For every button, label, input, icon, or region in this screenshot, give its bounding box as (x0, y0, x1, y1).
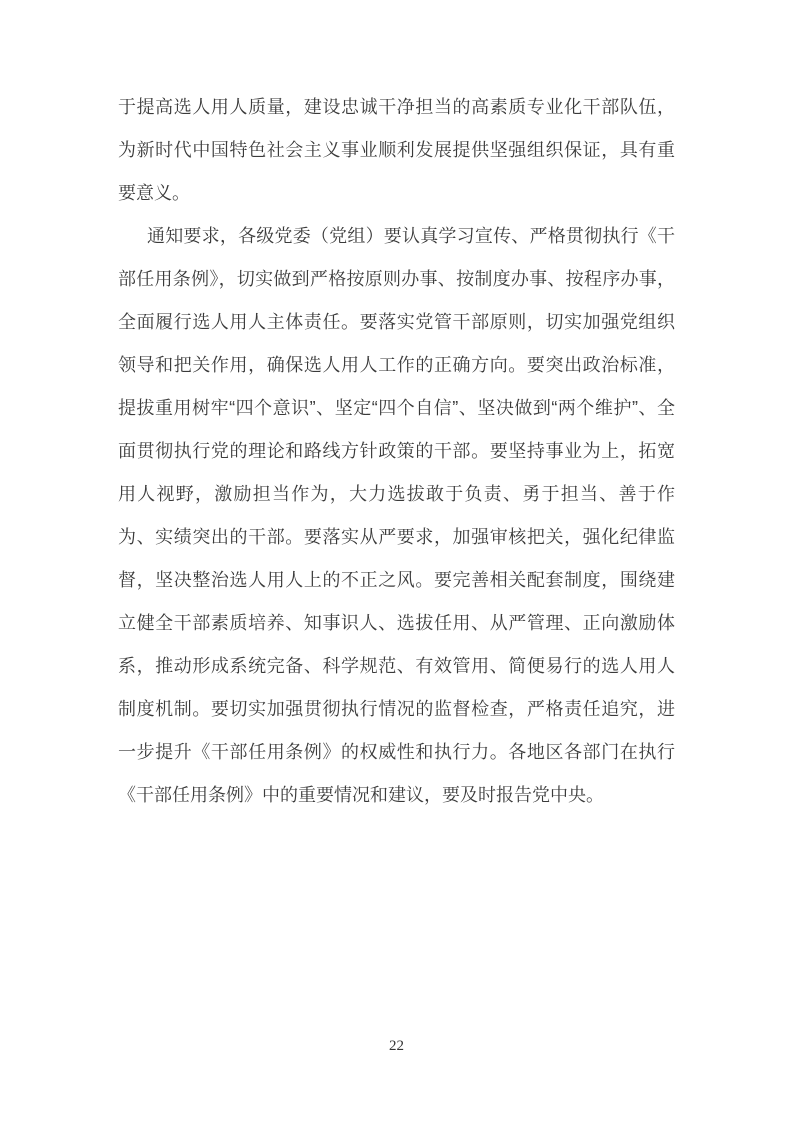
paragraph: 通知要求，各级党委（党组）要认真学习宣传、严格贯彻执行《干部任用条例》，切实做到… (118, 215, 675, 817)
document-page: 于提高选人用人质量，建设忠诚干净担当的高素质专业化干部队伍，为新时代中国特色社会… (0, 0, 793, 1122)
paragraph: 于提高选人用人质量，建设忠诚干净担当的高素质专业化干部队伍，为新时代中国特色社会… (118, 86, 675, 215)
document-body: 于提高选人用人质量，建设忠诚干净担当的高素质专业化干部队伍，为新时代中国特色社会… (118, 86, 675, 817)
page-number: 22 (0, 1038, 793, 1055)
